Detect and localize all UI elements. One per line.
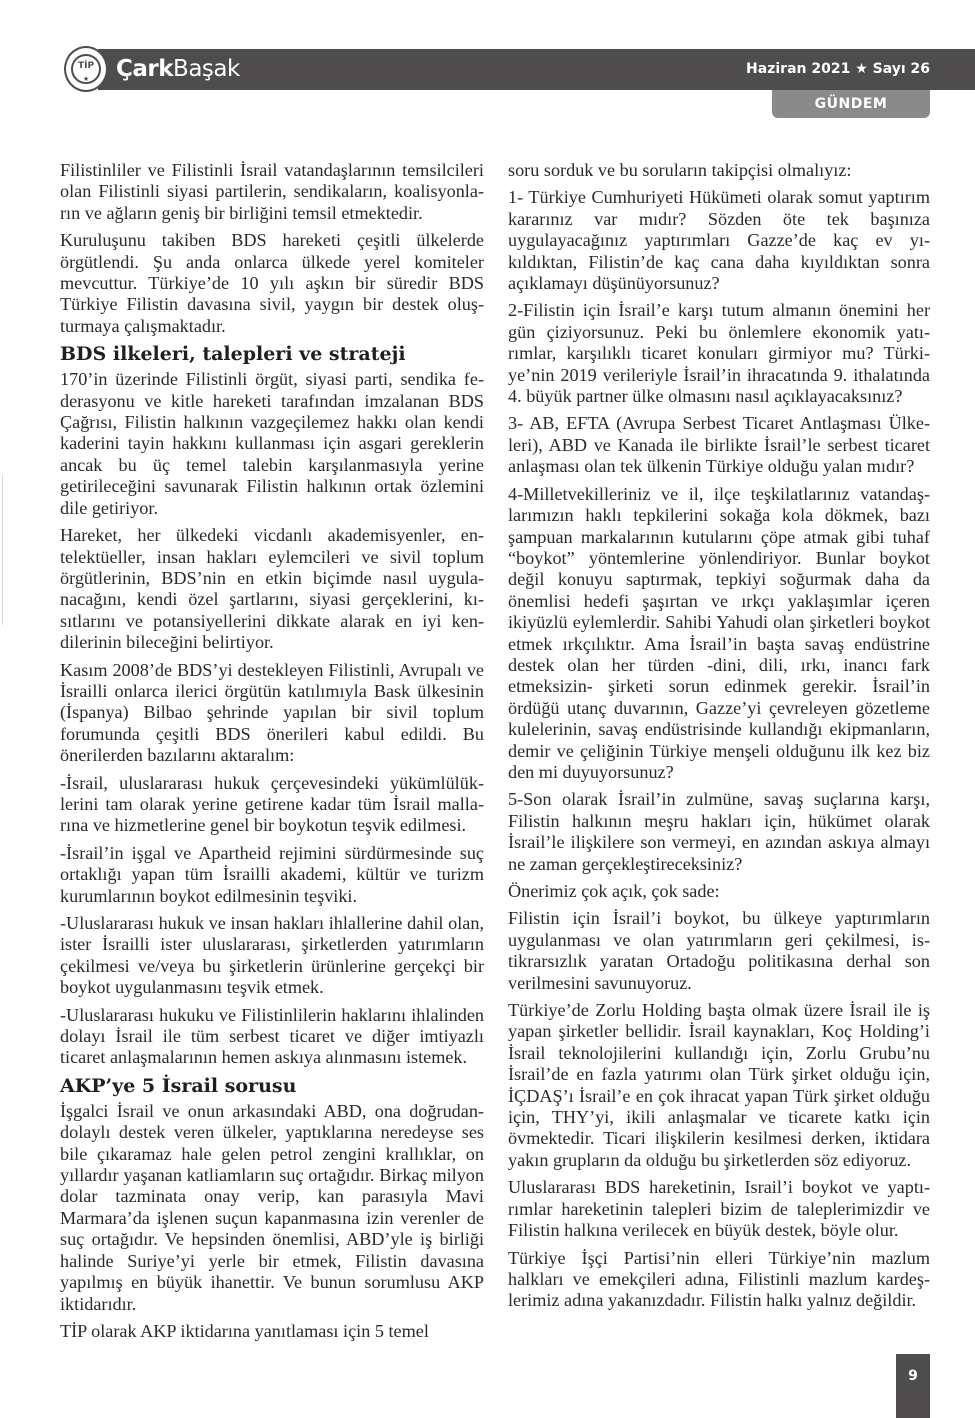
paragraph: 170’in üzerinde Filistinli örgüt, siyasi… (60, 369, 484, 519)
section-heading: AKP’ye 5 İsrail sorusu (60, 1075, 484, 1097)
paragraph: Filistinliler ve Filistinli İsrail vatan… (60, 160, 484, 224)
list-item: -İsrail’in işgal ve Apartheid rejimini s… (60, 843, 484, 907)
question-item: 5-Son olarak İsrail’in zulmüne, savaş su… (508, 789, 930, 875)
article-column-left: Filistinliler ve Filistinli İsrail vatan… (60, 160, 484, 1348)
article-column-right: soru sorduk ve bu soruların takipçisi ol… (508, 160, 930, 1318)
question-item: 3- AB, EFTA (Avrupa Serbest Ticaret Antl… (508, 413, 930, 477)
tip-logo-icon: TİP ★ (64, 46, 108, 92)
issue-date: Haziran 2021 ★ Sayı 26 (746, 49, 930, 90)
paragraph: Uluslararası BDS hareketinin, Israil’i b… (508, 1177, 930, 1241)
paragraph: Önerimiz çok açık, çok sade: (508, 881, 930, 902)
logo-star-icon: ★ (66, 75, 106, 83)
paragraph: soru sorduk ve bu soruların takipçisi ol… (508, 160, 930, 181)
section-label: GÜNDEM (772, 90, 930, 118)
question-item: 1- Türkiye Cumhuriyeti Hükümeti olarak s… (508, 187, 930, 294)
paragraph: Hareket, her ülkedeki vicdanlı akademisy… (60, 525, 484, 653)
list-item: -Uluslararası hukuku ve Filistinlilerin … (60, 1005, 484, 1069)
paragraph: Türkiye’de Zorlu Holding başta olmak üze… (508, 1000, 930, 1171)
brand-regular: Başak (173, 56, 240, 82)
question-item: 4-Milletvekilleriniz ve il, ilçe teşkila… (508, 484, 930, 784)
brand-bold: Çark (116, 56, 173, 82)
publication-name: ÇarkBaşak (116, 51, 240, 87)
paragraph: Kuruluşunu takiben BDS hareketi çeşitli … (60, 230, 484, 337)
list-item: -Uluslararası hukuk ve insan hakları ihl… (60, 913, 484, 999)
question-item: 2-Filistin için İsrail’e karşı tutum alm… (508, 300, 930, 407)
paragraph: TİP olarak AKP iktidarına yanıtlaması iç… (60, 1321, 484, 1342)
list-item: -İsrail, uluslararası hukuk çerçevesinde… (60, 773, 484, 837)
scan-artifact-line (2, 475, 3, 625)
paragraph: İşgalci İsrail ve onun arkasındaki ABD, … (60, 1101, 484, 1315)
paragraph: Türkiye İşçi Partisi’nin elleri Türkiye’… (508, 1248, 930, 1312)
section-heading: BDS ilkeleri, talepleri ve strateji (60, 343, 484, 365)
page-number: 9 (896, 1354, 930, 1418)
paragraph: Kasım 2008’de BDS’yi destekleyen Filisti… (60, 660, 484, 767)
logo-text: TİP (66, 61, 106, 71)
paragraph: Filistin için İsrail’i boykot, bu ülkeye… (508, 908, 930, 994)
